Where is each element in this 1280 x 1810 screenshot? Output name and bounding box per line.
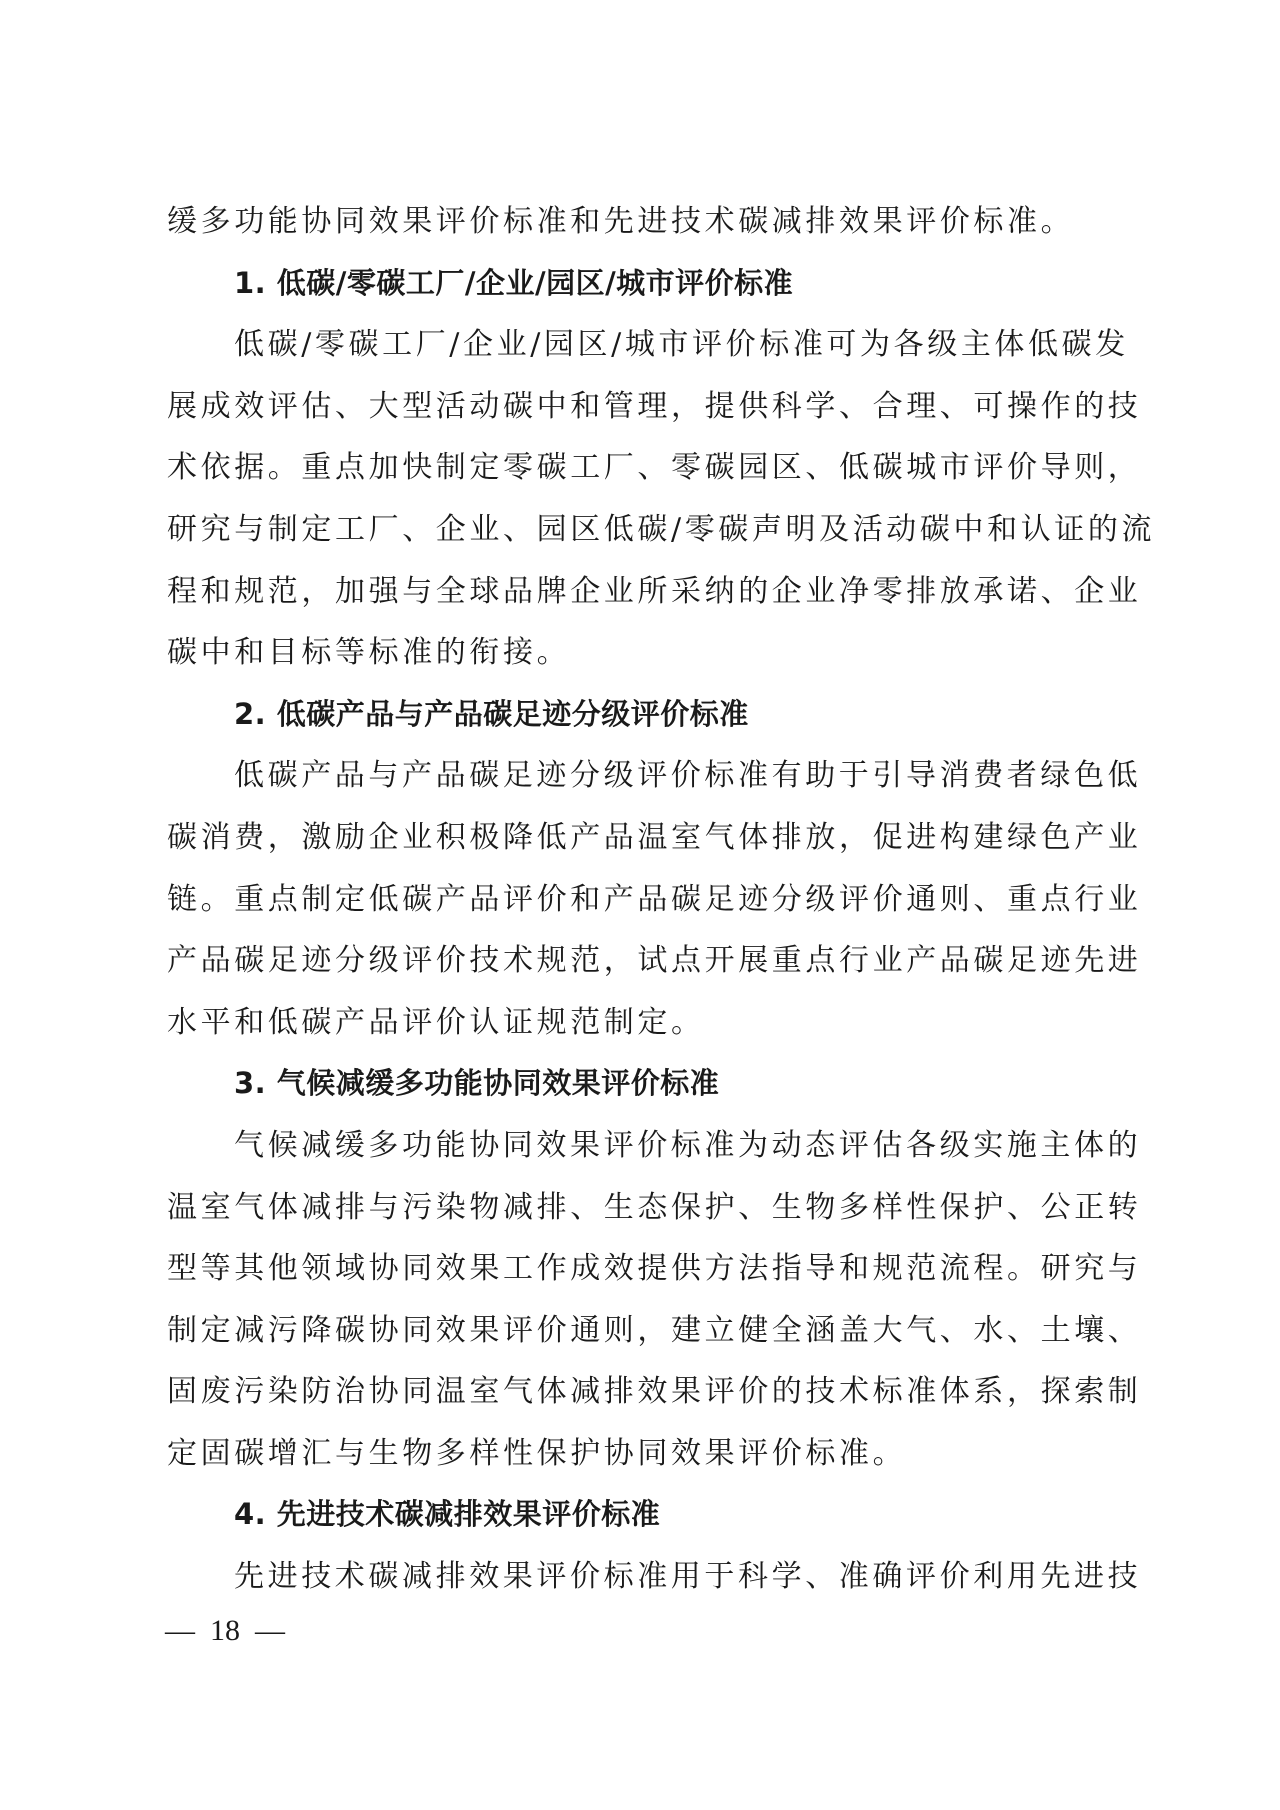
- paragraph-line: 固废污染防治协同温室气体减排效果评价的技术标准体系，探索制: [167, 1361, 1113, 1423]
- paragraph-line: 型等其他领域协同效果工作成效提供方法指导和规范流程。研究与: [167, 1238, 1113, 1300]
- section-heading-2: 2. 低碳产品与产品碳足迹分级评价标准: [167, 684, 1113, 746]
- paragraph-line: 定固碳增汇与生物多样性保护协同效果评价标准。: [167, 1423, 1113, 1485]
- section-heading-1: 1. 低碳/零碳工厂/企业/园区/城市评价标准: [167, 253, 1113, 315]
- paragraph-line: 碳消费，激励企业积极降低产品温室气体排放，促进构建绿色产业: [167, 807, 1113, 869]
- paragraph-line: 低碳产品与产品碳足迹分级评价标准有助于引导消费者绿色低: [167, 745, 1113, 807]
- paragraph-line: 气候减缓多功能协同效果评价标准为动态评估各级实施主体的: [167, 1115, 1113, 1177]
- section-heading-4: 4. 先进技术碳减排效果评价标准: [167, 1484, 1113, 1546]
- paragraph-line: 研究与制定工厂、企业、园区低碳/零碳声明及活动碳中和认证的流: [167, 499, 1113, 561]
- paragraph-line: 水平和低碳产品评价认证规范制定。: [167, 992, 1113, 1054]
- paragraph-line: 温室气体减排与污染物减排、生态保护、生物多样性保护、公正转: [167, 1177, 1113, 1239]
- paragraph-line: 程和规范，加强与全球品牌企业所采纳的企业净零排放承诺、企业: [167, 561, 1113, 623]
- paragraph-line: 展成效评估、大型活动碳中和管理，提供科学、合理、可操作的技: [167, 376, 1113, 438]
- page-body: 缓多功能协同效果评价标准和先进技术碳减排效果评价标准。 1. 低碳/零碳工厂/企…: [167, 191, 1113, 1608]
- paragraph-line: 制定减污降碳协同效果评价通则，建立健全涵盖大气、水、土壤、: [167, 1300, 1113, 1362]
- paragraph-line: 低碳/零碳工厂/企业/园区/城市评价标准可为各级主体低碳发: [167, 314, 1113, 376]
- paragraph-line: 先进技术碳减排效果评价标准用于科学、准确评价利用先进技: [167, 1546, 1113, 1608]
- document-page: 缓多功能协同效果评价标准和先进技术碳减排效果评价标准。 1. 低碳/零碳工厂/企…: [0, 0, 1280, 1810]
- paragraph-line: 术依据。重点加快制定零碳工厂、零碳园区、低碳城市评价导则，: [167, 437, 1113, 499]
- paragraph-line: 碳中和目标等标准的衔接。: [167, 622, 1113, 684]
- paragraph-line: 产品碳足迹分级评价技术规范，试点开展重点行业产品碳足迹先进: [167, 930, 1113, 992]
- page-number: — 18 —: [165, 1614, 285, 1648]
- continuation-line: 缓多功能协同效果评价标准和先进技术碳减排效果评价标准。: [167, 191, 1113, 253]
- section-heading-3: 3. 气候减缓多功能协同效果评价标准: [167, 1053, 1113, 1115]
- paragraph-line: 链。重点制定低碳产品评价和产品碳足迹分级评价通则、重点行业: [167, 869, 1113, 931]
